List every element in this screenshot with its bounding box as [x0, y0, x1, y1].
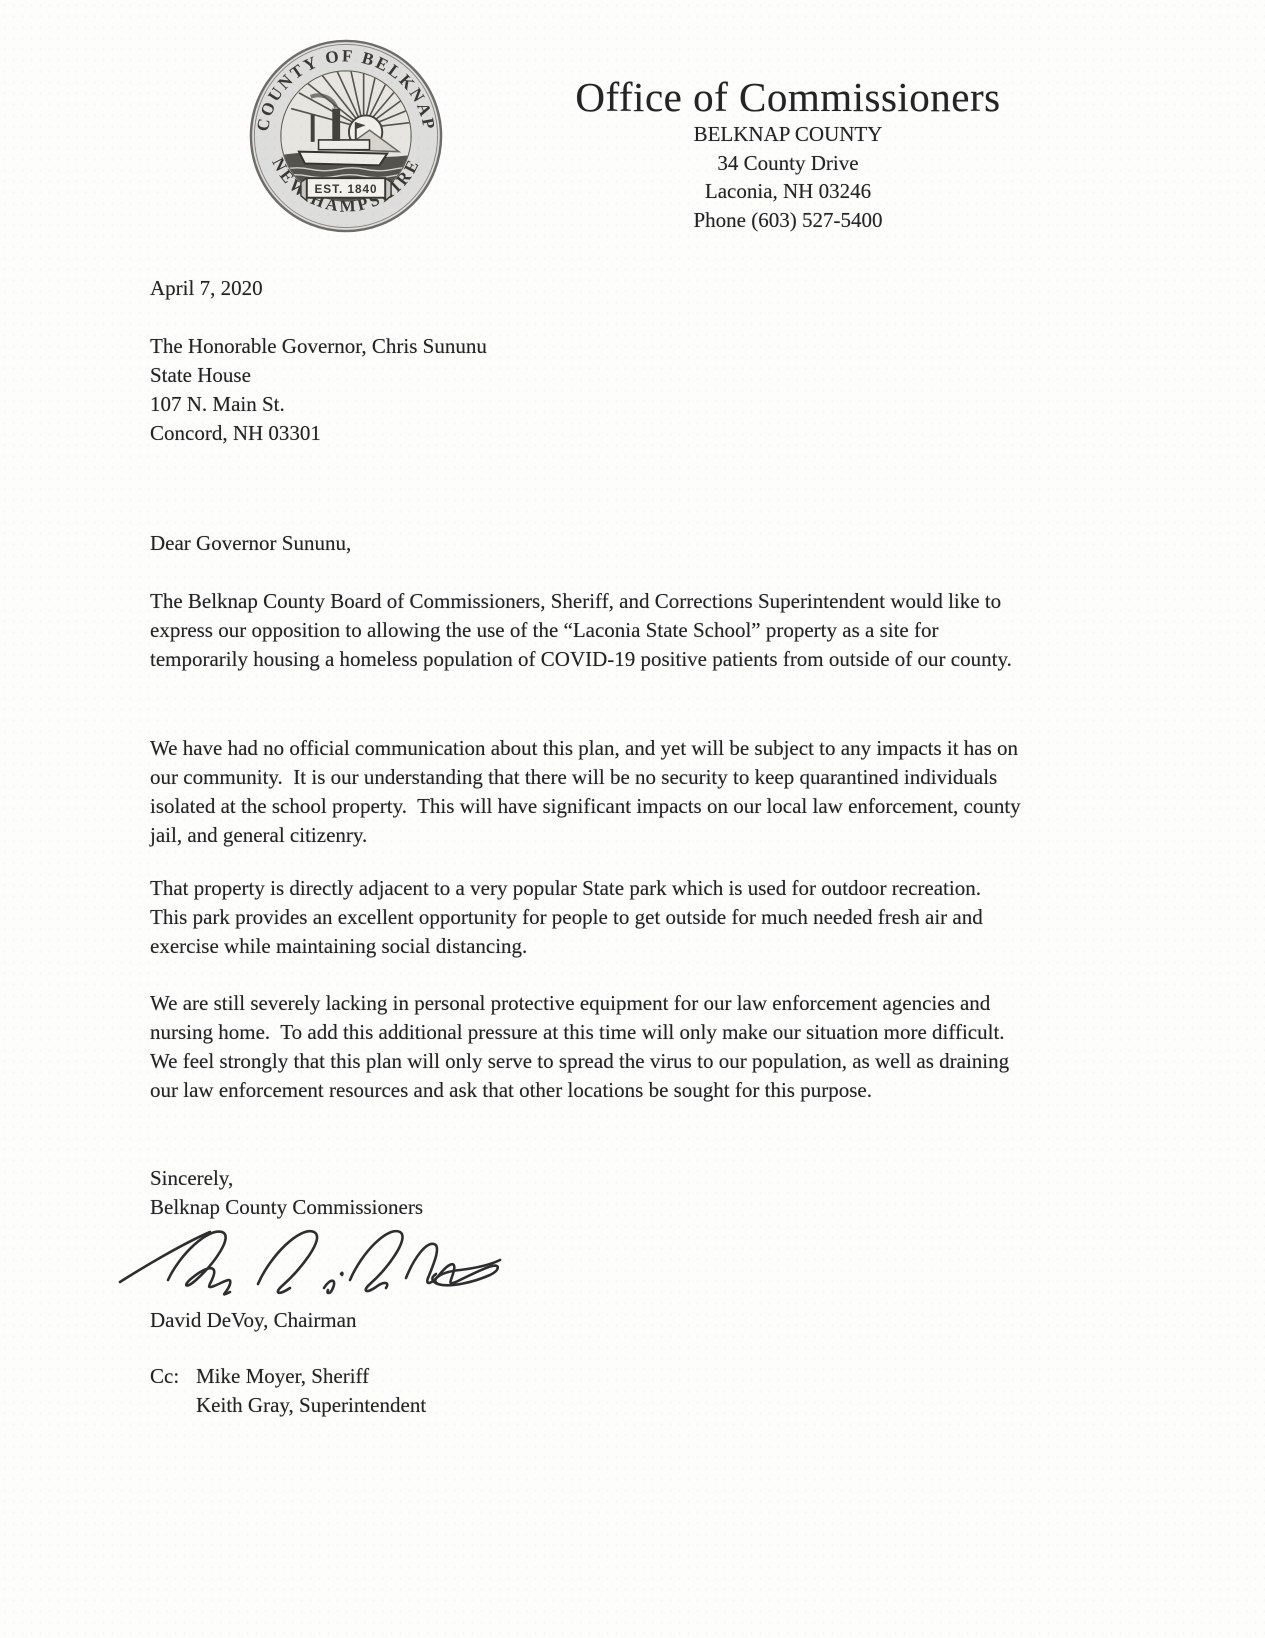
cc-name: Mike Moyer, Sheriff	[196, 1362, 426, 1391]
closing-line: Sincerely,	[150, 1164, 423, 1193]
body-paragraph: That property is directly adjacent to a …	[150, 874, 1022, 961]
signer-name: David DeVoy, Chairman	[150, 1306, 356, 1335]
seal-banner-text: EST. 1840	[314, 183, 377, 196]
closing-line: Belknap County Commissioners	[150, 1193, 423, 1222]
recipient-line: 107 N. Main St.	[150, 390, 487, 419]
letterhead-phone: Phone (603) 527-5400	[488, 206, 1088, 235]
signature-icon	[112, 1220, 504, 1312]
letterhead-city: Laconia, NH 03246	[488, 177, 1088, 206]
letterhead-county: BELKNAP COUNTY	[488, 120, 1088, 149]
recipient-line: The Honorable Governor, Chris Sununu	[150, 332, 487, 361]
recipient-line: State House	[150, 361, 487, 390]
county-seal-icon: COUNTY OF BELKNAP NEW HAMPSHIRE	[248, 36, 444, 236]
cc-name: Keith Gray, Superintendent	[196, 1391, 426, 1420]
body-paragraph: We are still severely lacking in persona…	[150, 989, 1022, 1105]
letterhead: Office of Commissioners BELKNAP COUNTY 3…	[488, 74, 1088, 234]
cc-label: Cc:	[150, 1362, 196, 1420]
seal-banner: EST. 1840	[301, 178, 391, 201]
closing-block: Sincerely, Belknap County Commissioners	[150, 1164, 423, 1222]
letterhead-street: 34 County Drive	[488, 149, 1088, 178]
cc-block: Cc: Mike Moyer, Sheriff Keith Gray, Supe…	[150, 1362, 426, 1420]
cc-names: Mike Moyer, Sheriff Keith Gray, Superint…	[196, 1362, 426, 1420]
office-title: Office of Commissioners	[488, 74, 1088, 120]
recipient-line: Concord, NH 03301	[150, 419, 487, 448]
body-paragraph: We have had no official communication ab…	[150, 734, 1022, 850]
recipient-address: The Honorable Governor, Chris Sununu Sta…	[150, 332, 487, 448]
salutation: Dear Governor Sununu,	[150, 529, 351, 558]
letter-page: COUNTY OF BELKNAP NEW HAMPSHIRE	[0, 0, 1265, 1638]
body-paragraph: The Belknap County Board of Commissioner…	[150, 587, 1022, 674]
letter-date: April 7, 2020	[150, 274, 263, 303]
